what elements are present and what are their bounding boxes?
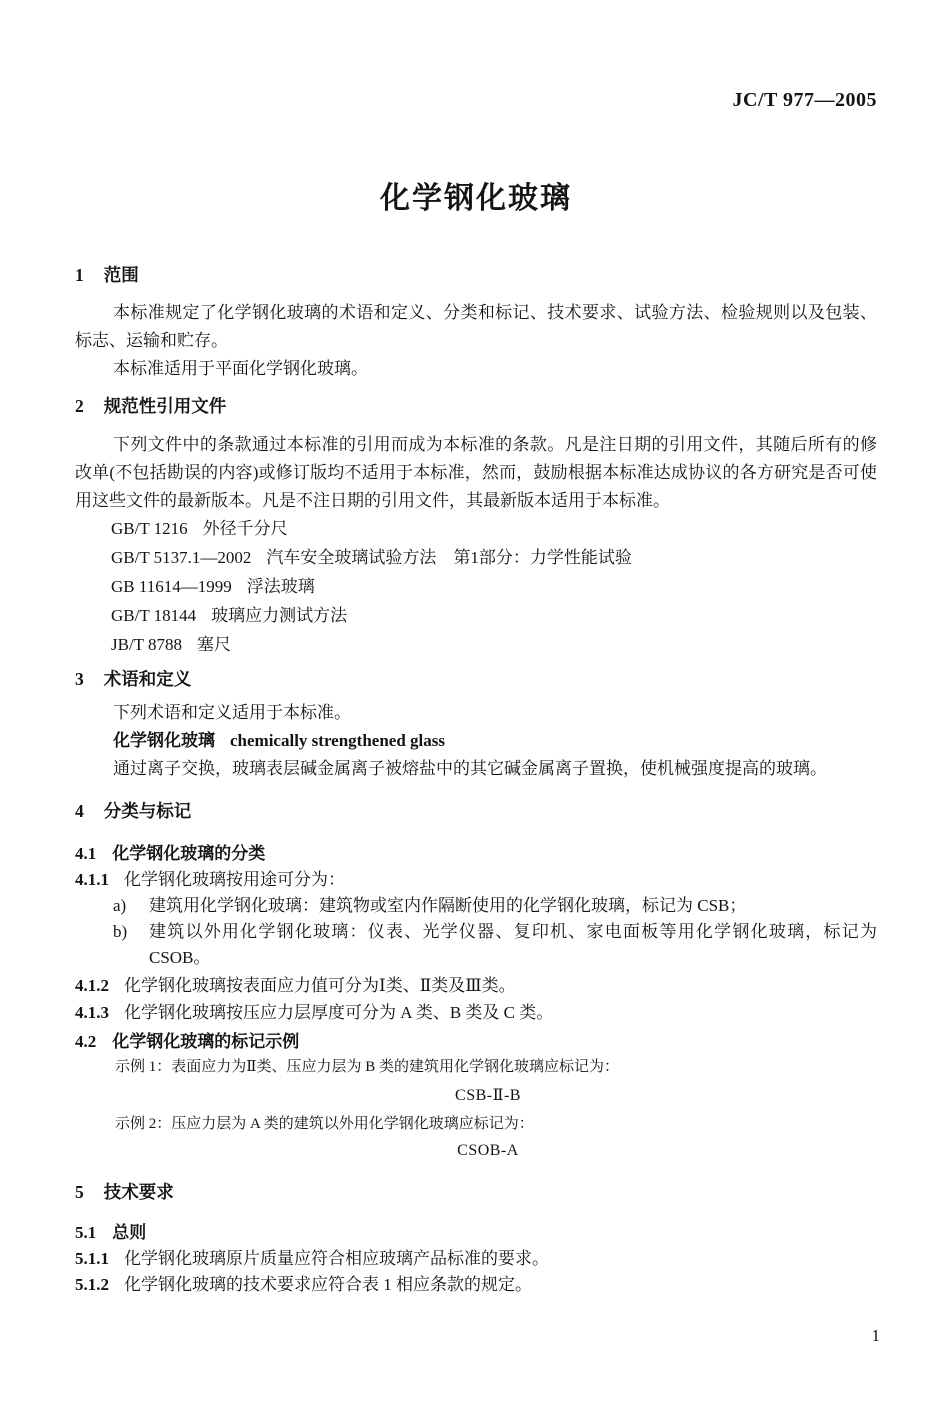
example-2-label: 示例 2：压应力层为 A 类的建筑以外用化学钢化玻璃应标记为： [115,1112,877,1136]
clause-4-1-2-number: 4.1.2 [75,976,109,995]
section-2-heading: 2规范性引用文件 [75,393,877,419]
clause-4-1-1-text: 化学钢化玻璃按用途可分为： [124,870,345,889]
section-5-title: 技术要求 [104,1182,174,1202]
reference-name: 塞尺 [197,635,231,654]
reference-item: GB 11614—1999浮法玻璃 [111,572,877,601]
section-1-number: 1 [75,262,84,288]
reference-code: GB 11614—1999 [111,577,232,596]
section-5-heading: 5技术要求 [75,1179,877,1205]
section-3-number: 3 [75,666,84,692]
clause-4-1-3: 4.1.3化学钢化玻璃按压应力层厚度可分为 A 类、B 类及 C 类。 [75,1000,877,1026]
clause-5-1-title: 总则 [112,1223,146,1242]
clause-4-1-2: 4.1.2化学钢化玻璃按表面应力值可分为Ⅰ类、Ⅱ类及Ⅲ类。 [75,973,877,999]
clause-5-1-1-text: 化学钢化玻璃原片质量应符合相应玻璃产品标准的要求。 [124,1249,549,1268]
reference-item: GB/T 5137.1—2002汽车安全玻璃试验方法 第1部分：力学性能试验 [111,543,877,572]
clause-4-1-heading: 4.1化学钢化玻璃的分类 [75,841,877,867]
list-text-b: 建筑以外用化学钢化玻璃：仪表、光学仪器、复印机、家电面板等用化学钢化玻璃，标记为… [149,922,877,967]
section-2-title: 规范性引用文件 [104,396,227,416]
clause-4-1-2-text: 化学钢化玻璃按表面应力值可分为Ⅰ类、Ⅱ类及Ⅲ类。 [124,976,516,995]
reference-code: GB/T 18144 [111,606,196,625]
reference-code: JB/T 8788 [111,635,182,654]
reference-item: JB/T 8788塞尺 [111,630,877,659]
section-1-title: 范围 [104,265,139,285]
reference-name: 汽车安全玻璃试验方法 第1部分：力学性能试验 [266,548,632,567]
clause-5-1-1-number: 5.1.1 [75,1249,109,1268]
terms-intro: 下列术语和定义适用于本标准。 [75,699,877,727]
term-zh: 化学钢化玻璃 [113,731,215,750]
reference-name: 玻璃应力测试方法 [211,606,347,625]
list-item-a: a)建筑用化学钢化玻璃：建筑物或室内作隔断使用的化学钢化玻璃，标记为 CSB； [75,893,877,919]
clause-4-1-1: 4.1.1化学钢化玻璃按用途可分为： [75,867,877,893]
section-4-number: 4 [75,798,84,824]
section-5-number: 5 [75,1179,84,1205]
term-line: 化学钢化玻璃chemically strengthened glass [75,727,877,755]
section-4-heading: 4分类与标记 [75,798,877,824]
clause-4-1-1-number: 4.1.1 [75,870,109,889]
clause-5-1-2-number: 5.1.2 [75,1275,109,1294]
scope-paragraph-2: 本标准适用于平面化学钢化玻璃。 [75,355,877,383]
reference-item: GB/T 18144玻璃应力测试方法 [111,601,877,630]
clause-5-1-2: 5.1.2化学钢化玻璃的技术要求应符合表 1 相应条款的规定。 [75,1272,877,1298]
list-marker-b: b) [113,919,127,945]
section-4-title: 分类与标记 [104,801,192,821]
section-3-heading: 3术语和定义 [75,666,877,692]
page-content: JC/T 977—2005 化学钢化玻璃 1范围 本标准规定了化学钢化玻璃的术语… [0,0,950,1298]
clause-4-1-number: 4.1 [75,841,96,867]
normative-refs-list: GB/T 1216外径千分尺 GB/T 5137.1—2002汽车安全玻璃试验方… [111,514,877,659]
list-item-b: b)建筑以外用化学钢化玻璃：仪表、光学仪器、复印机、家电面板等用化学钢化玻璃，标… [75,919,877,971]
section-3-title: 术语和定义 [104,669,192,689]
clause-4-1-title: 化学钢化玻璃的分类 [112,844,265,863]
term-definition: 通过离子交换，玻璃表层碱金属离子被熔盐中的其它碱金属离子置换，使机械强度提高的玻… [75,755,877,783]
reference-code: GB/T 5137.1—2002 [111,548,251,567]
term-en: chemically strengthened glass [230,731,445,750]
clause-4-1-3-number: 4.1.3 [75,1003,109,1022]
normative-refs-intro: 下列文件中的条款通过本标准的引用而成为本标准的条款。凡是注日期的引用文件，其随后… [75,431,877,515]
reference-name: 外径千分尺 [203,519,288,538]
reference-code: GB/T 1216 [111,519,188,538]
clause-5-1-1: 5.1.1化学钢化玻璃原片质量应符合相应玻璃产品标准的要求。 [75,1246,877,1272]
list-marker-a: a) [113,893,126,919]
page-number: 1 [872,1326,881,1346]
doc-title: 化学钢化玻璃 [75,182,877,216]
clause-5-1-2-text: 化学钢化玻璃的技术要求应符合表 1 相应条款的规定。 [124,1275,532,1294]
list-text-a: 建筑用化学钢化玻璃：建筑物或室内作隔断使用的化学钢化玻璃，标记为 CSB； [149,896,746,915]
clause-4-2-heading: 4.2化学钢化玻璃的标记示例 [75,1029,877,1055]
clause-4-2-number: 4.2 [75,1029,96,1055]
example-2-code: CSOB-A [75,1139,877,1163]
scope-paragraph-1: 本标准规定了化学钢化玻璃的术语和定义、分类和标记、技术要求、试验方法、检验规则以… [75,299,877,355]
terms-block: 下列术语和定义适用于本标准。 化学钢化玻璃chemically strength… [75,699,877,783]
clause-5-1-heading: 5.1总则 [75,1220,877,1246]
clause-5-1-number: 5.1 [75,1220,96,1246]
clause-4-2-title: 化学钢化玻璃的标记示例 [112,1032,299,1051]
example-1-label: 示例 1：表面应力为Ⅱ类、压应力层为 B 类的建筑用化学钢化玻璃应标记为： [115,1055,877,1079]
reference-name: 浮法玻璃 [247,577,315,596]
example-1-code: CSB-Ⅱ-B [75,1084,877,1108]
section-2-number: 2 [75,393,84,419]
document-page: JC/T 977—2005 化学钢化玻璃 1范围 本标准规定了化学钢化玻璃的术语… [0,0,950,1406]
section-1-heading: 1范围 [75,262,877,288]
reference-item: GB/T 1216外径千分尺 [111,514,877,543]
clause-4-1-3-text: 化学钢化玻璃按压应力层厚度可分为 A 类、B 类及 C 类。 [124,1003,553,1022]
doc-code: JC/T 977—2005 [75,88,877,112]
